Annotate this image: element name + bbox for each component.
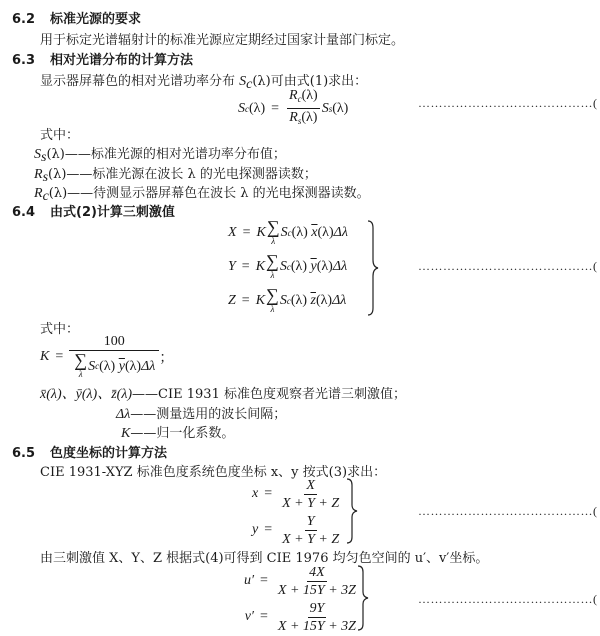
delta-lambda: Δλ: [334, 225, 348, 241]
section-number: 6.2: [12, 12, 50, 27]
sum-limit: λ: [271, 235, 275, 247]
eq-arg: (λ): [49, 186, 67, 201]
sigma: ∑: [266, 253, 279, 269]
eq-symbol: Z: [228, 293, 236, 309]
symbol: R: [34, 186, 43, 201]
eq-symbol: S: [238, 101, 245, 117]
eq-arg: (λ): [125, 359, 141, 374]
numerator: 9Y: [308, 601, 327, 618]
eq-symbol: K: [40, 349, 49, 365]
eq-arg: (λ): [316, 293, 332, 309]
numerator: R: [289, 88, 298, 103]
dash: ——: [65, 147, 91, 162]
leader-dots: ……………………………………: [418, 504, 593, 518]
eq-symbol: S: [280, 293, 287, 309]
denominator: X + 15Y + 3Z: [276, 618, 358, 634]
symbol: Δλ: [116, 407, 130, 422]
definition-k: K——归一化系数。: [121, 422, 234, 442]
symbol: K: [121, 426, 130, 441]
equation-3-row-y: y= YX + Y + Z: [252, 512, 343, 548]
denominator: ∑λ Sc(λ) y(λ)Δλ: [71, 351, 157, 380]
equation-label: ( 4 ): [593, 592, 600, 606]
delta-lambda: Δλ: [141, 359, 155, 374]
section-number: 6.5: [12, 446, 50, 461]
symbol: R: [34, 167, 43, 182]
definition-delta-lambda: Δλ——测量选用的波长间隔；: [116, 403, 286, 423]
section-number: 6.4: [12, 205, 50, 220]
leader-dots: ……………………………………: [418, 259, 593, 273]
eq-symbol: y: [252, 522, 258, 538]
section-title: 由式(2)计算三刺激值: [50, 205, 175, 220]
numerator: Y: [305, 514, 317, 531]
eq-arg: (λ): [291, 293, 307, 309]
dash: ——: [67, 186, 93, 201]
equation-1-number: ……………………………………( 1 ): [418, 96, 600, 111]
sum-symbol: ∑λ: [266, 253, 279, 281]
equation-2-row-z: Z=K ∑λ Sc(λ) z(λ)Δλ: [228, 284, 348, 318]
sigma: ∑: [74, 352, 87, 368]
right-brace-icon: [366, 220, 380, 316]
definition-cmf: x̄(λ)、ȳ(λ)、z̄(λ)——CIE 1931 标准色度观察者光谱三刺激值…: [40, 383, 406, 403]
fraction: 100 ∑λ Sc(λ) y(λ)Δλ: [71, 334, 157, 380]
eq-arg: (λ): [292, 225, 308, 241]
leader-dots: ……………………………………: [418, 96, 593, 110]
dash: ——: [130, 426, 156, 441]
eq-arg: (λ): [48, 167, 66, 182]
sum-symbol: ∑λ: [267, 219, 280, 247]
denominator: X + Y + Z: [280, 531, 341, 547]
symbol: S: [34, 147, 41, 162]
eq-arg: (λ): [318, 225, 334, 241]
definition-text: 标准光源在波长 λ 的光电探测器读数；: [92, 167, 317, 182]
equation-2: X=K ∑λ Sc(λ) x(λ)Δλ Y=K ∑λ Sc(λ) y(λ)Δλ …: [228, 216, 348, 318]
eq-symbol: K: [256, 225, 265, 241]
eq-symbol: v′: [240, 609, 254, 625]
eq-arg: (λ): [302, 88, 318, 103]
equation-4-row-v: v′= 9YX + 15Y + 3Z: [240, 599, 360, 635]
definition-text: 待测显示器屏幕色在波长 λ 的光电探测器读数。: [93, 186, 370, 201]
section-title: 相对光谱分布的计算方法: [50, 53, 193, 68]
fraction: 9YX + 15Y + 3Z: [276, 601, 358, 634]
section-title: 标准光源的要求: [50, 12, 141, 27]
fraction: YX + Y + Z: [280, 514, 341, 547]
equation-3-number: ……………………………………( 3 ): [418, 504, 600, 519]
numerator: 4X: [307, 565, 327, 582]
equation-2-number: ……………………………………( 2 ): [418, 259, 600, 274]
eq-arg: (λ): [301, 110, 317, 125]
eq-symbol: Y: [228, 259, 236, 275]
right-brace-icon: [345, 478, 359, 544]
fraction: XX + Y + Z: [280, 478, 341, 511]
semicolon: ；: [159, 347, 173, 367]
sum-limit: λ: [79, 368, 83, 380]
paragraph-6-2: 用于标定光谱辐射计的标准光源应定期经过国家计量部门标定。: [40, 29, 404, 48]
text: 显示器屏幕色的相对光谱功率分布: [40, 74, 239, 89]
numerator: X: [304, 478, 317, 495]
eq-arg: (λ): [99, 359, 115, 374]
eq-arg: (λ): [249, 101, 265, 117]
definition-text: 标准光源的相对光谱功率分布值；: [91, 147, 286, 162]
section-title: 色度坐标的计算方法: [50, 446, 167, 461]
symbol: x̄(λ)、ȳ(λ)、z̄(λ): [40, 387, 132, 402]
fraction: 4XX + 15Y + 3Z: [276, 565, 358, 598]
text: (λ)可由式(1)求出：: [252, 74, 367, 89]
eq-symbol: u′: [240, 573, 254, 589]
sum-symbol: ∑λ: [74, 352, 87, 380]
eq-symbol: K: [256, 259, 265, 275]
equation-4: u′= 4XX + 15Y + 3Z v′= 9YX + 15Y + 3Z: [240, 563, 360, 635]
equals: =: [271, 101, 279, 117]
dash: ——: [132, 387, 158, 402]
equation-1: Sc(λ) = Rc(λ) Rs(λ) Ss(λ): [238, 88, 348, 129]
equation-label: ( 2 ): [593, 259, 600, 273]
equation-4-row-u: u′= 4XX + 15Y + 3Z: [240, 563, 360, 599]
definition-text: 归一化系数。: [156, 426, 234, 441]
equation-label: ( 3 ): [593, 504, 600, 518]
eq-arg: (λ): [317, 259, 333, 275]
eq-symbol: x: [252, 486, 258, 502]
denominator: R: [289, 110, 298, 125]
dash: ——: [66, 167, 92, 182]
section-number: 6.3: [12, 53, 50, 68]
equation-4-number: ……………………………………( 4 ): [418, 592, 600, 607]
eq-symbol: S: [322, 101, 329, 117]
denominator: X + 15Y + 3Z: [276, 582, 358, 598]
equation-2-row-y: Y=K ∑λ Sc(λ) y(λ)Δλ: [228, 250, 348, 284]
section-heading-6-2: 6.2标准光源的要求: [12, 8, 141, 27]
eq-symbol: S: [88, 359, 95, 374]
eq-symbol: S: [281, 225, 288, 241]
leader-dots: ……………………………………: [418, 592, 593, 606]
sum-symbol: ∑λ: [266, 287, 279, 315]
right-brace-icon: [356, 565, 370, 631]
eq-symbol: S: [280, 259, 287, 275]
sum-limit: λ: [271, 269, 275, 281]
k-definition-equation: K= 100 ∑λ Sc(λ) y(λ)Δλ ；: [40, 334, 173, 380]
sum-limit: λ: [271, 303, 275, 315]
numerator: 100: [69, 334, 159, 351]
denominator: X + Y + Z: [280, 495, 341, 511]
equation-label: ( 1 ): [593, 96, 600, 110]
eq-symbol: K: [256, 293, 265, 309]
sigma: ∑: [267, 219, 280, 235]
eq-arg: (λ): [332, 101, 348, 117]
equation-3-row-x: x= XX + Y + Z: [252, 476, 343, 512]
definition-text: 测量选用的波长间隔；: [156, 407, 286, 422]
eq-arg: (λ): [46, 147, 64, 162]
sigma: ∑: [266, 287, 279, 303]
where-label: 式中：: [40, 124, 79, 143]
equation-2-row-x: X=K ∑λ Sc(λ) x(λ)Δλ: [228, 216, 348, 250]
eq-arg: (λ): [291, 259, 307, 275]
section-heading-6-3: 6.3相对光谱分布的计算方法: [12, 49, 193, 68]
fraction: Rc(λ) Rs(λ): [287, 88, 320, 129]
eq-symbol: X: [228, 225, 237, 241]
equation-3: x= XX + Y + Z y= YX + Y + Z: [252, 476, 343, 548]
section-heading-6-5: 6.5色度坐标的计算方法: [12, 442, 167, 461]
delta-lambda: Δλ: [333, 259, 347, 275]
delta-lambda: Δλ: [332, 293, 346, 309]
section-heading-6-4: 6.4由式(2)计算三刺激值: [12, 201, 175, 220]
dash: ——: [130, 407, 156, 422]
definition-text: CIE 1931 标准色度观察者光谱三刺激值；: [158, 387, 406, 402]
